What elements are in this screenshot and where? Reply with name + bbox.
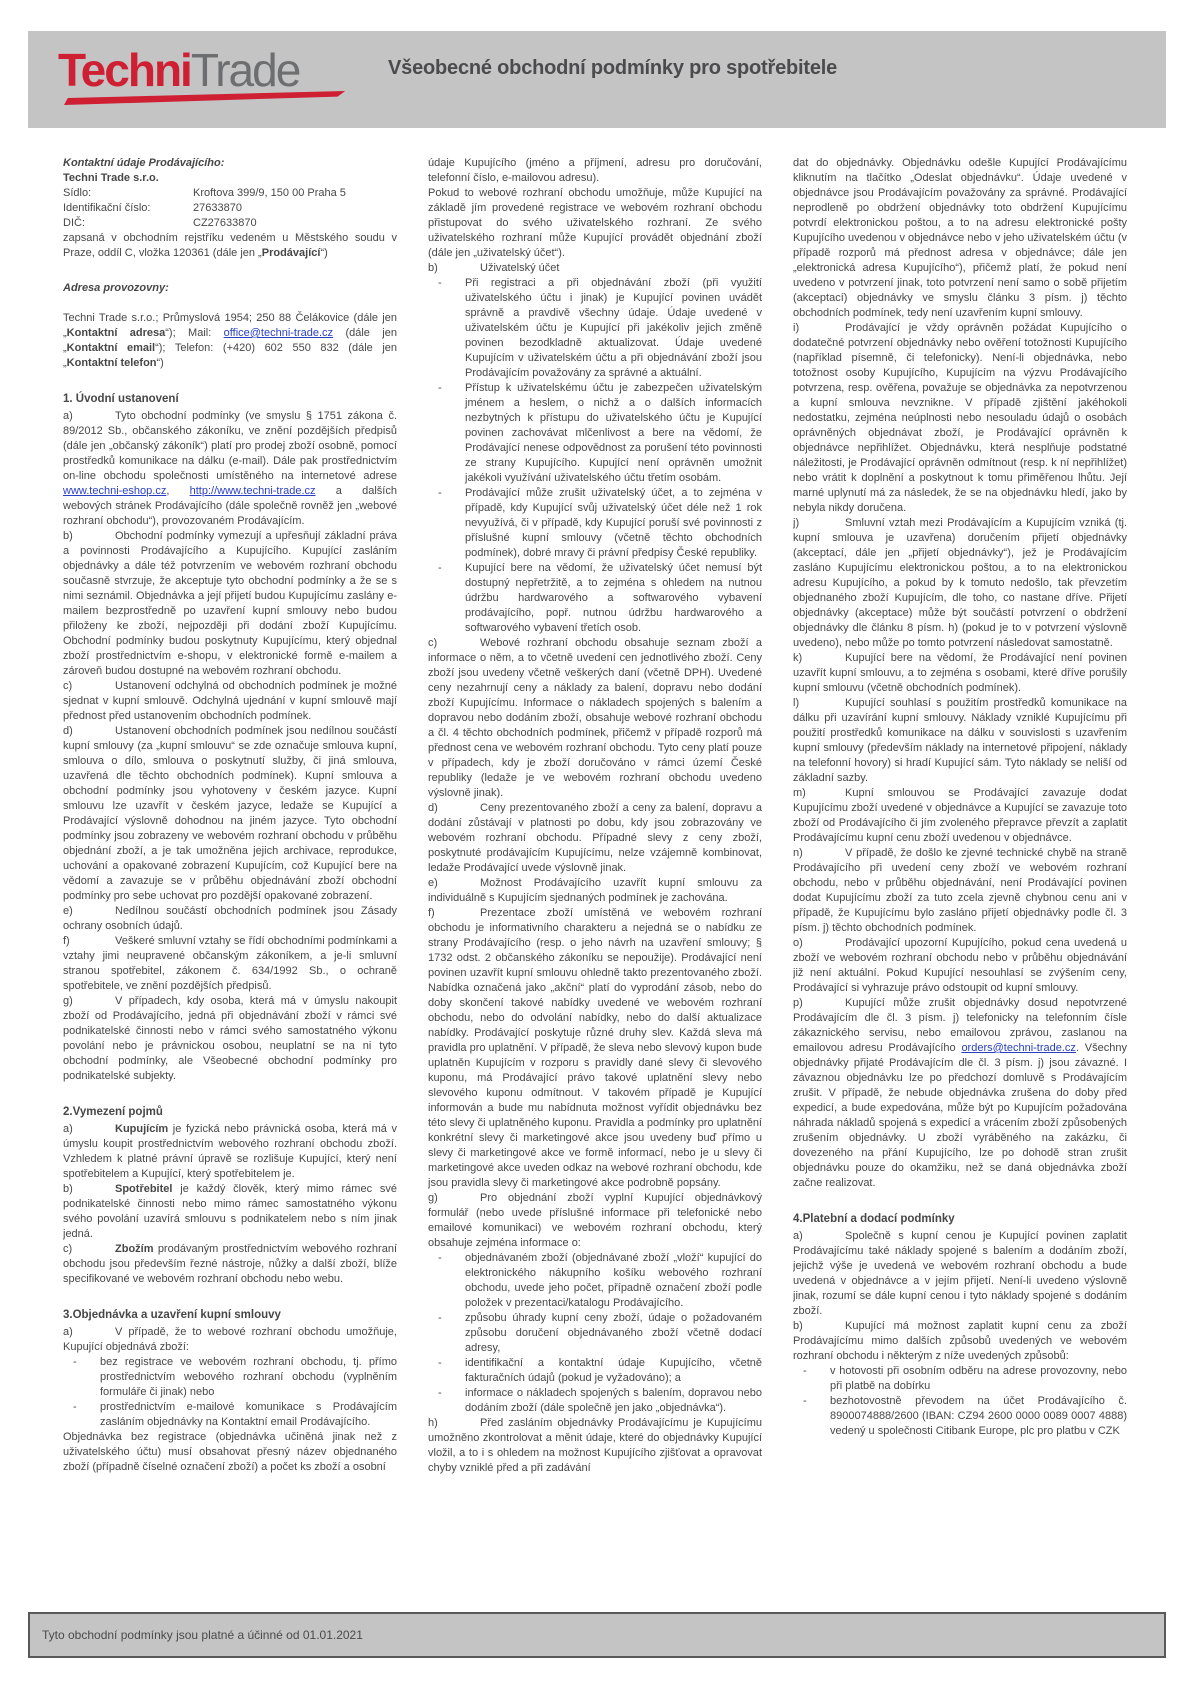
- field-value: CZ27633870: [193, 216, 257, 231]
- list-item: -informace o nákladech spojených s balen…: [428, 1386, 762, 1416]
- clause-label: b): [63, 1182, 115, 1197]
- paragraph: Objednávka bez registrace (objednávka uč…: [63, 1430, 397, 1475]
- email-link-office[interactable]: office@techni-trade.cz: [224, 327, 333, 339]
- validity-footer: Tyto obchodní podmínky jsou platné a úči…: [28, 1612, 1166, 1658]
- logo-text: TechniTrade: [58, 47, 358, 93]
- list-item: -identifikační a kontaktní údaje Kupujíc…: [428, 1356, 762, 1386]
- sub-heading: Kontaktní údaje Prodávajícího:: [63, 156, 397, 171]
- clause-label: b): [428, 261, 480, 276]
- clause-label: j): [793, 516, 845, 531]
- paragraph: d)Ceny prezentovaného zboží a ceny za ba…: [428, 801, 762, 876]
- paragraph: c)Ustanovení odchylná od obchodních podm…: [63, 679, 397, 724]
- clause-label: m): [793, 786, 845, 801]
- clause-label: b): [63, 529, 115, 544]
- field-label: DIČ:: [63, 216, 193, 231]
- paragraph: f)Veškeré smluvní vztahy se řídí obchodn…: [63, 934, 397, 994]
- url-link-technitrade[interactable]: http://www.techni-trade.cz: [190, 485, 316, 497]
- field-label: Identifikační číslo:: [63, 201, 193, 216]
- paragraph: a)Tyto obchodní podmínky (ve smyslu § 17…: [63, 409, 397, 529]
- clause-label: d): [428, 801, 480, 816]
- list-item: -prostřednictvím e-mailové komunikace s …: [63, 1400, 397, 1430]
- paragraph: p)Kupující může zrušit objednávky dosud …: [793, 996, 1127, 1191]
- paragraph: b)Kupující má možnost zaplatit kupní cen…: [793, 1319, 1127, 1364]
- list-item: -Při registraci a při objednávání zboží …: [428, 276, 762, 381]
- clause-label: i): [793, 321, 845, 336]
- dash-marker: -: [438, 381, 442, 396]
- field-label: Sídlo:: [63, 186, 193, 201]
- dash-marker: -: [438, 1356, 442, 1371]
- clause-label: n): [793, 846, 845, 861]
- paragraph: e)Možnost Prodávajícího uzavřít kupní sm…: [428, 876, 762, 906]
- document-title: Všeobecné obchodní podmínky pro spotřebi…: [388, 57, 837, 80]
- dash-marker: -: [438, 276, 442, 291]
- terms-column-2: údaje Kupujícího (jméno a příjmení, adre…: [428, 156, 762, 1602]
- paragraph: n)V případě, že došlo ke zjevné technick…: [793, 846, 1127, 936]
- bold-term: Prodávající: [262, 247, 321, 259]
- list-item: -Prodávající může zrušit uživatelský úče…: [428, 486, 762, 561]
- clause-label: d): [63, 724, 115, 739]
- url-link-eshop[interactable]: www.techni-eshop.cz: [63, 485, 166, 497]
- paragraph: e)Nedílnou součástí obchodních podmínek …: [63, 904, 397, 934]
- paragraph: c)Zbožím prodávaným prostřednictvím webo…: [63, 1242, 397, 1287]
- contact-field: DIČ:CZ27633870: [63, 216, 397, 231]
- clause-label: a): [63, 409, 115, 424]
- paragraph: a)Kupujícím je fyzická nebo právnická os…: [63, 1122, 397, 1182]
- bold-term: Kontaktní adresa: [67, 327, 166, 339]
- bold-term: Spotřebitel: [115, 1183, 172, 1195]
- list-item: -Kupující bere na vědomí, že uživatelský…: [428, 561, 762, 636]
- header-banner: TechniTrade Všeobecné obchodní podmínky …: [28, 31, 1166, 128]
- paragraph: j)Smluvní vztah mezi Prodávajícím a Kupu…: [793, 516, 1127, 651]
- contact-field: Sídlo:Kroftova 399/9, 150 00 Praha 5: [63, 186, 397, 201]
- paragraph: Techni Trade s.r.o.; Průmyslová 1954; 25…: [63, 311, 397, 371]
- list-item: -bez registrace ve webovém rozhraní obch…: [63, 1355, 397, 1400]
- bold-term: Zbožím: [115, 1243, 154, 1255]
- paragraph: b)Obchodní podmínky vymezují a upřesňují…: [63, 529, 397, 679]
- list-item: -bezhotovostně převodem na účet Prodávaj…: [793, 1394, 1127, 1439]
- list-item: -objednávaném zboží (objednávané zboží „…: [428, 1251, 762, 1311]
- paragraph: l)Kupující souhlasí s použitím prostředk…: [793, 696, 1127, 786]
- clause-label: c): [63, 1242, 115, 1257]
- clause-label: g): [63, 994, 115, 1009]
- paragraph: a)Společně s kupní cenou je Kupující pov…: [793, 1229, 1127, 1319]
- dash-marker: -: [438, 1311, 442, 1326]
- dash-marker: -: [73, 1355, 77, 1370]
- document-page: TechniTrade Všeobecné obchodní podmínky …: [0, 0, 1190, 1683]
- paragraph: o)Prodávající upozorní Kupujícího, pokud…: [793, 936, 1127, 996]
- list-item: -Přístup k uživatelskému účtu je zabezpe…: [428, 381, 762, 486]
- contact-field: Identifikační číslo:27633870: [63, 201, 397, 216]
- paragraph: g)V případech, kdy osoba, která má v úmy…: [63, 994, 397, 1084]
- paragraph: b)Uživatelský účet: [428, 261, 762, 276]
- clause-label: h): [428, 1416, 480, 1431]
- sub-heading: Adresa provozovny:: [63, 281, 397, 296]
- terms-column-3: dat do objednávky. Objednávku odešle Kup…: [793, 156, 1127, 1602]
- paragraph: b)Spotřebitel je každý člověk, který mim…: [63, 1182, 397, 1242]
- clause-label: k): [793, 651, 845, 666]
- validity-text: Tyto obchodní podmínky jsou platné a úči…: [42, 1628, 363, 1642]
- dash-marker: -: [803, 1394, 807, 1409]
- field-value: Kroftova 399/9, 150 00 Praha 5: [193, 186, 346, 201]
- bold-term: Kupujícím: [115, 1123, 168, 1135]
- clause-label: e): [63, 904, 115, 919]
- section-heading: 3.Objednávka a uzavření kupní smlouvy: [63, 1308, 397, 1323]
- section-heading: 4.Platební a dodací podmínky: [793, 1212, 1127, 1227]
- dash-marker: -: [803, 1364, 807, 1379]
- paragraph: Pokud to webové rozhraní obchodu umožňuj…: [428, 186, 762, 261]
- dash-marker: -: [438, 1386, 442, 1401]
- section-heading: 1. Úvodní ustanovení: [63, 392, 397, 407]
- field-value: 27633870: [193, 201, 242, 216]
- bold-term: Kontaktní email: [67, 342, 155, 354]
- clause-label: a): [63, 1325, 115, 1340]
- spacer: [63, 296, 397, 311]
- clause-label: o): [793, 936, 845, 951]
- clause-label: e): [428, 876, 480, 891]
- list-item: -způsobu úhrady kupní ceny zboží, údaje …: [428, 1311, 762, 1356]
- paragraph: údaje Kupujícího (jméno a příjmení, adre…: [428, 156, 762, 186]
- email-link-orders[interactable]: orders@techni-trade.cz: [961, 1042, 1076, 1054]
- logo-word-techni: Techni: [58, 44, 191, 96]
- bold-term: Kontaktní telefon: [67, 357, 157, 369]
- paragraph: g)Pro objednání zboží vyplní Kupující ob…: [428, 1191, 762, 1251]
- paragraph: i)Prodávající je vždy oprávněn požádat K…: [793, 321, 1127, 516]
- clause-label: p): [793, 996, 845, 1011]
- clause-label: b): [793, 1319, 845, 1334]
- paragraph: zapsaná v obchodním rejstříku vedeném u …: [63, 231, 397, 261]
- terms-content: Kontaktní údaje Prodávajícího:Techni Tra…: [63, 156, 1127, 1602]
- paragraph: dat do objednávky. Objednávku odešle Kup…: [793, 156, 1127, 321]
- dash-marker: -: [438, 486, 442, 501]
- clause-label: f): [428, 906, 480, 921]
- clause-label: g): [428, 1191, 480, 1206]
- technitrade-logo: TechniTrade: [58, 47, 358, 105]
- logo-word-trade: Trade: [191, 44, 299, 96]
- paragraph: h)Před zasláním objednávky Prodávajícímu…: [428, 1416, 762, 1476]
- sub-heading: Techni Trade s.r.o.: [63, 171, 397, 186]
- paragraph: m)Kupní smlouvou se Prodávající zavazuje…: [793, 786, 1127, 846]
- list-item: -v hotovosti při osobním odběru na adres…: [793, 1364, 1127, 1394]
- paragraph: a)V případě, že to webové rozhraní obcho…: [63, 1325, 397, 1355]
- clause-label: c): [428, 636, 480, 651]
- clause-label: f): [63, 934, 115, 949]
- paragraph: k)Kupující bere na vědomí, že Prodávajíc…: [793, 651, 1127, 696]
- paragraph: f)Prezentace zboží umístěná ve webovém r…: [428, 906, 762, 1191]
- clause-label: l): [793, 696, 845, 711]
- section-heading: 2.Vymezení pojmů: [63, 1105, 397, 1120]
- paragraph: c)Webové rozhraní obchodu obsahuje sezna…: [428, 636, 762, 801]
- clause-label: a): [793, 1229, 845, 1244]
- terms-column-1: Kontaktní údaje Prodávajícího:Techni Tra…: [63, 156, 397, 1602]
- clause-label: c): [63, 679, 115, 694]
- clause-label: a): [63, 1122, 115, 1137]
- dash-marker: -: [73, 1400, 77, 1415]
- dash-marker: -: [438, 1251, 442, 1266]
- paragraph: d)Ustanovení obchodních podmínek jsou ne…: [63, 724, 397, 904]
- dash-marker: -: [438, 561, 442, 576]
